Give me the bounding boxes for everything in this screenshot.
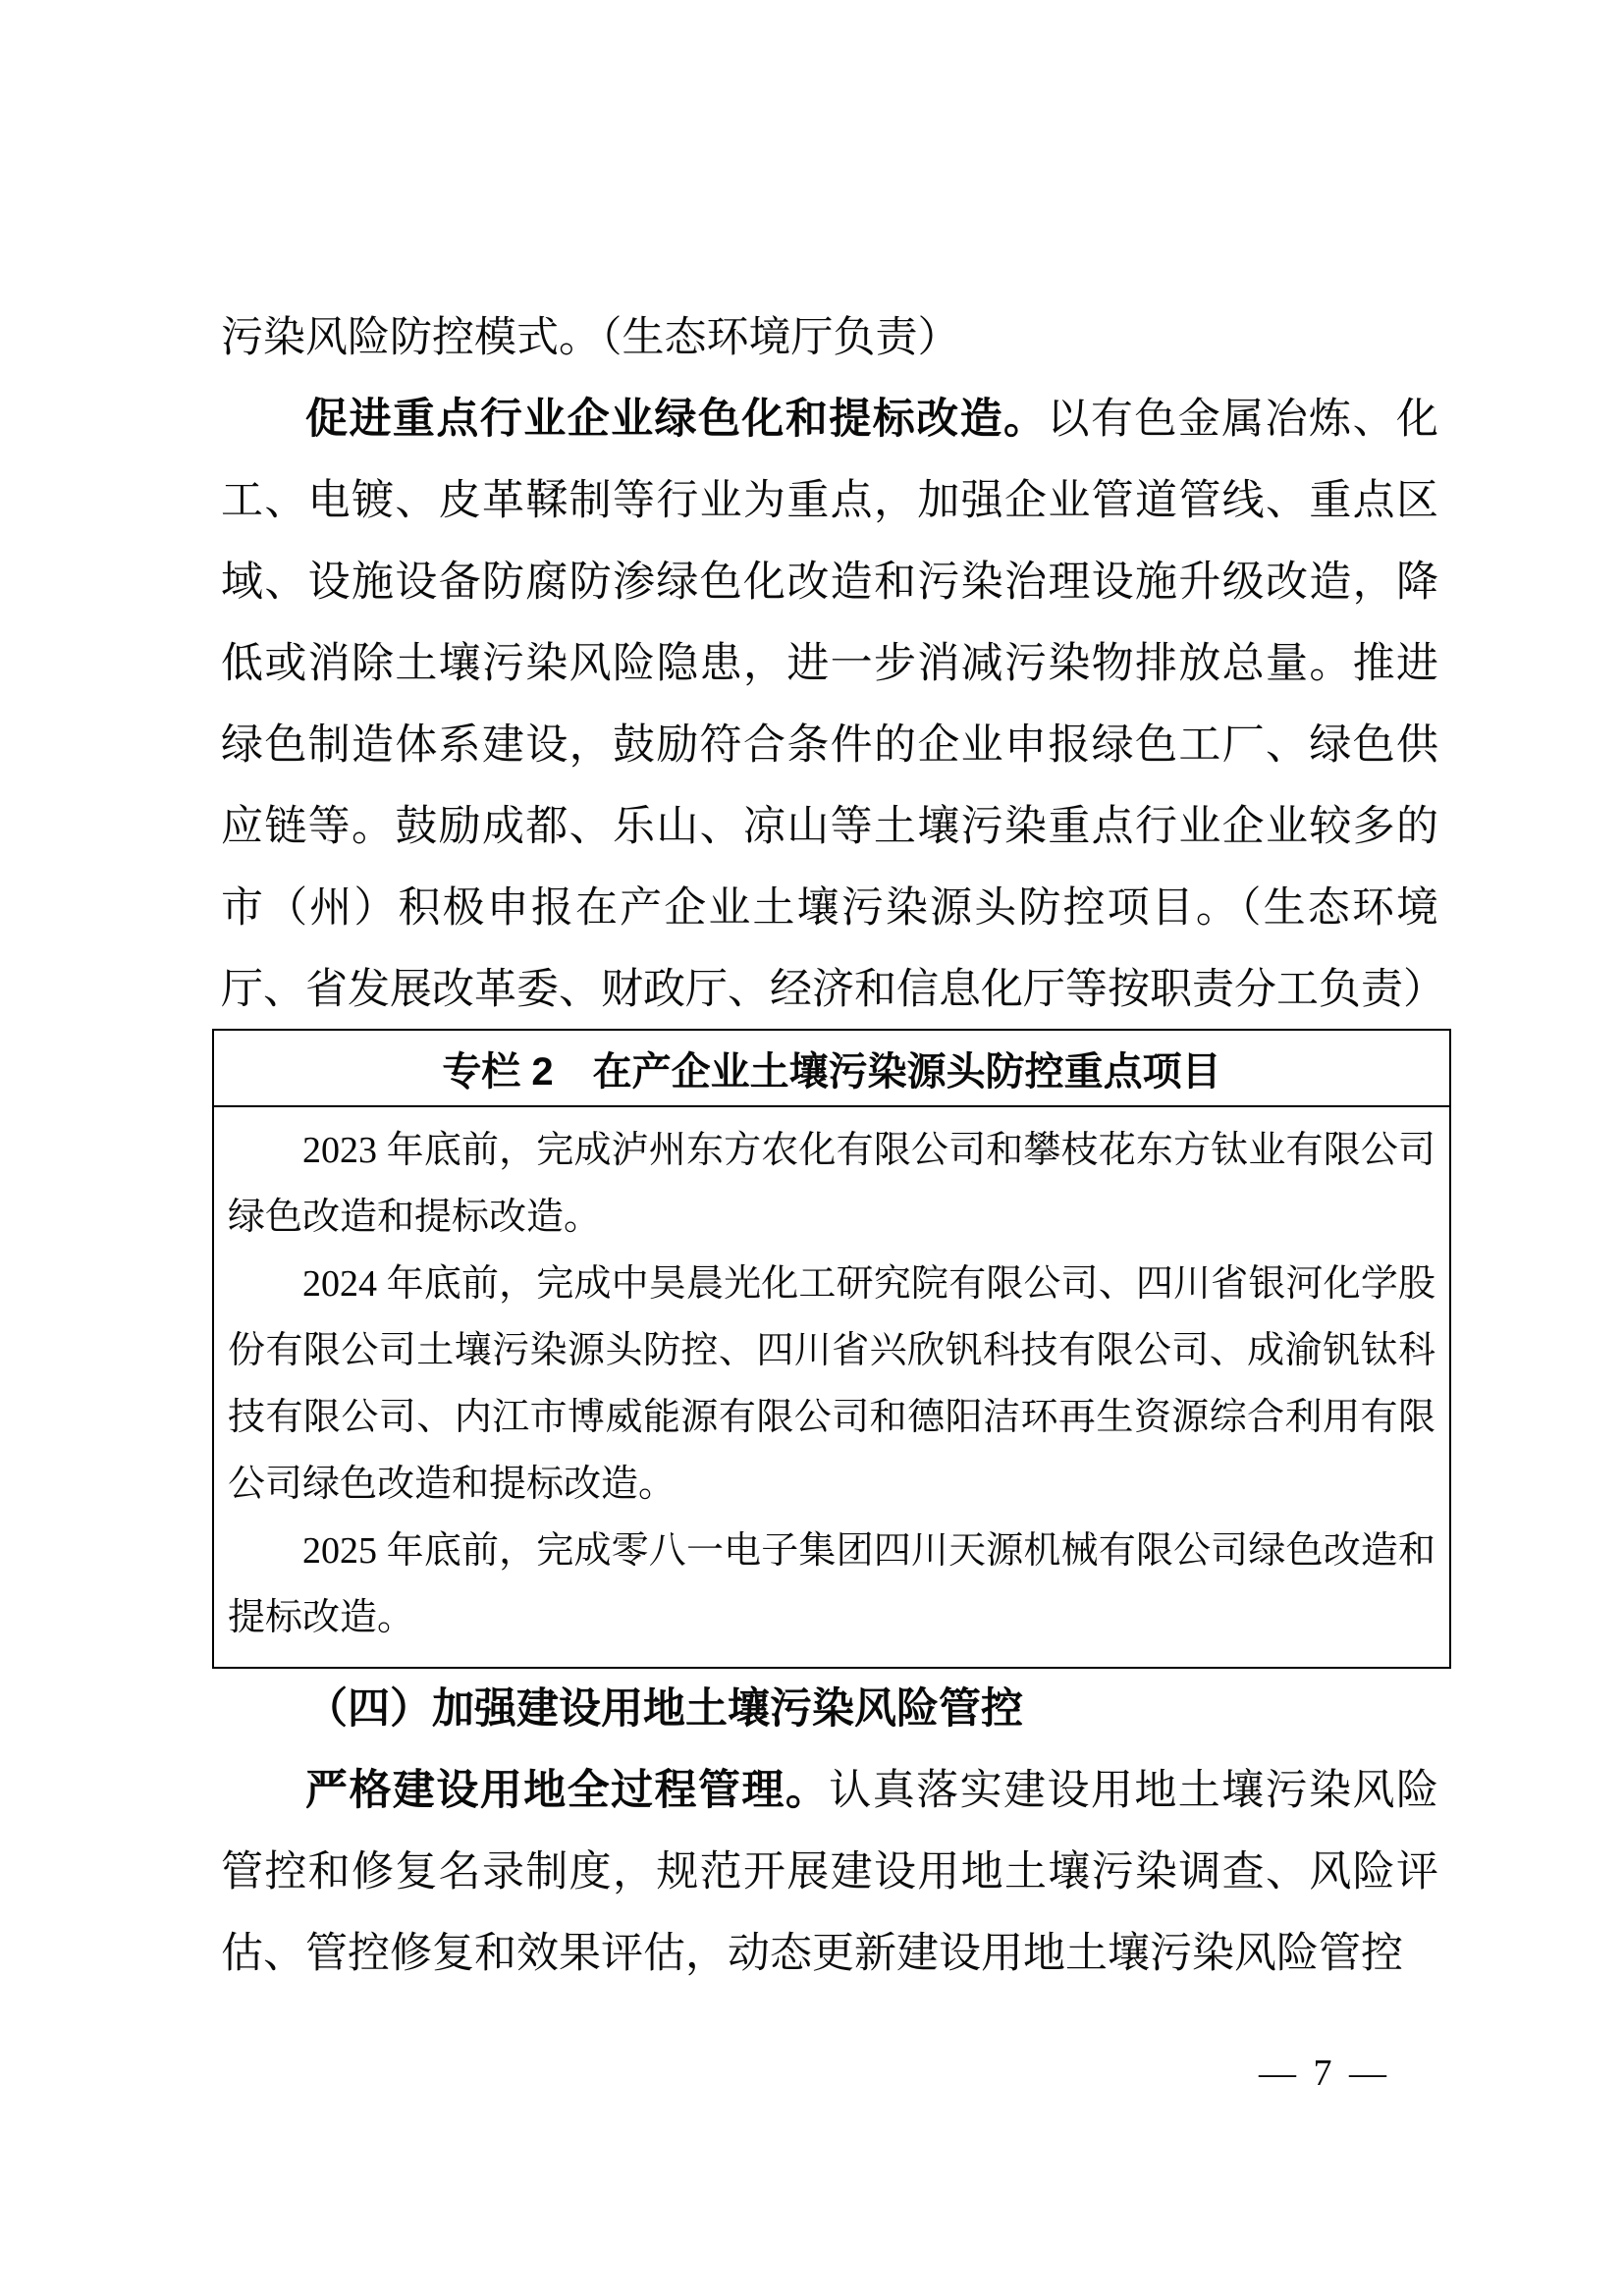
callout-box-body: 2023 年底前，完成泸州东方农化有限公司和攀枝花东方钛业有限公司绿色改造和提标… bbox=[214, 1107, 1449, 1667]
section-heading: （四）加强建设用地土壤污染风险管控 bbox=[221, 1669, 1438, 1750]
callout-box-title: 专栏 2 在产企业土壤污染源头防控重点项目 bbox=[442, 1041, 1220, 1096]
paragraph-land-management: 严格建设用地全过程管理。认真落实建设用地土壤污染风险管控和修复名录制度，规范开展… bbox=[221, 1750, 1438, 1995]
paragraph-green-upgrade-lead: 促进重点行业企业绿色化和提标改造。 bbox=[305, 396, 1047, 443]
paragraph-green-upgrade: 促进重点行业企业绿色化和提标改造。以有色金属冶炼、化工、电镀、皮革鞣制等行业为重… bbox=[221, 379, 1438, 1031]
callout-box-item-2025: 2025 年底前，完成零八一电子集团四川天源机械有限公司绿色改造和提标改造。 bbox=[228, 1518, 1435, 1651]
callout-box-item-2024: 2024 年底前，完成中昊晨光化工研究院有限公司、四川省银河化学股份有限公司土壤… bbox=[228, 1251, 1435, 1518]
callout-box: 专栏 2 在产企业土壤污染源头防控重点项目 2023 年底前，完成泸州东方农化有… bbox=[212, 1029, 1451, 1669]
callout-box-header: 专栏 2 在产企业土壤污染源头防控重点项目 bbox=[214, 1031, 1449, 1107]
page-number: — 7 — bbox=[1259, 2052, 1390, 2095]
callout-box-item-2023: 2023 年底前，完成泸州东方农化有限公司和攀枝花东方钛业有限公司绿色改造和提标… bbox=[228, 1117, 1435, 1251]
paragraph-continued: 污染风险防控模式。（生态环境厅负责） bbox=[221, 297, 1438, 379]
paragraph-land-management-lead: 严格建设用地全过程管理。 bbox=[305, 1767, 829, 1814]
paragraph-green-upgrade-text: 以有色金属冶炼、化工、电镀、皮革鞣制等行业为重点，加强企业管道管线、重点区域、设… bbox=[221, 397, 1445, 1013]
document-page: 污染风险防控模式。（生态环境厅负责） 促进重点行业企业绿色化和提标改造。以有色金… bbox=[0, 0, 1624, 2296]
